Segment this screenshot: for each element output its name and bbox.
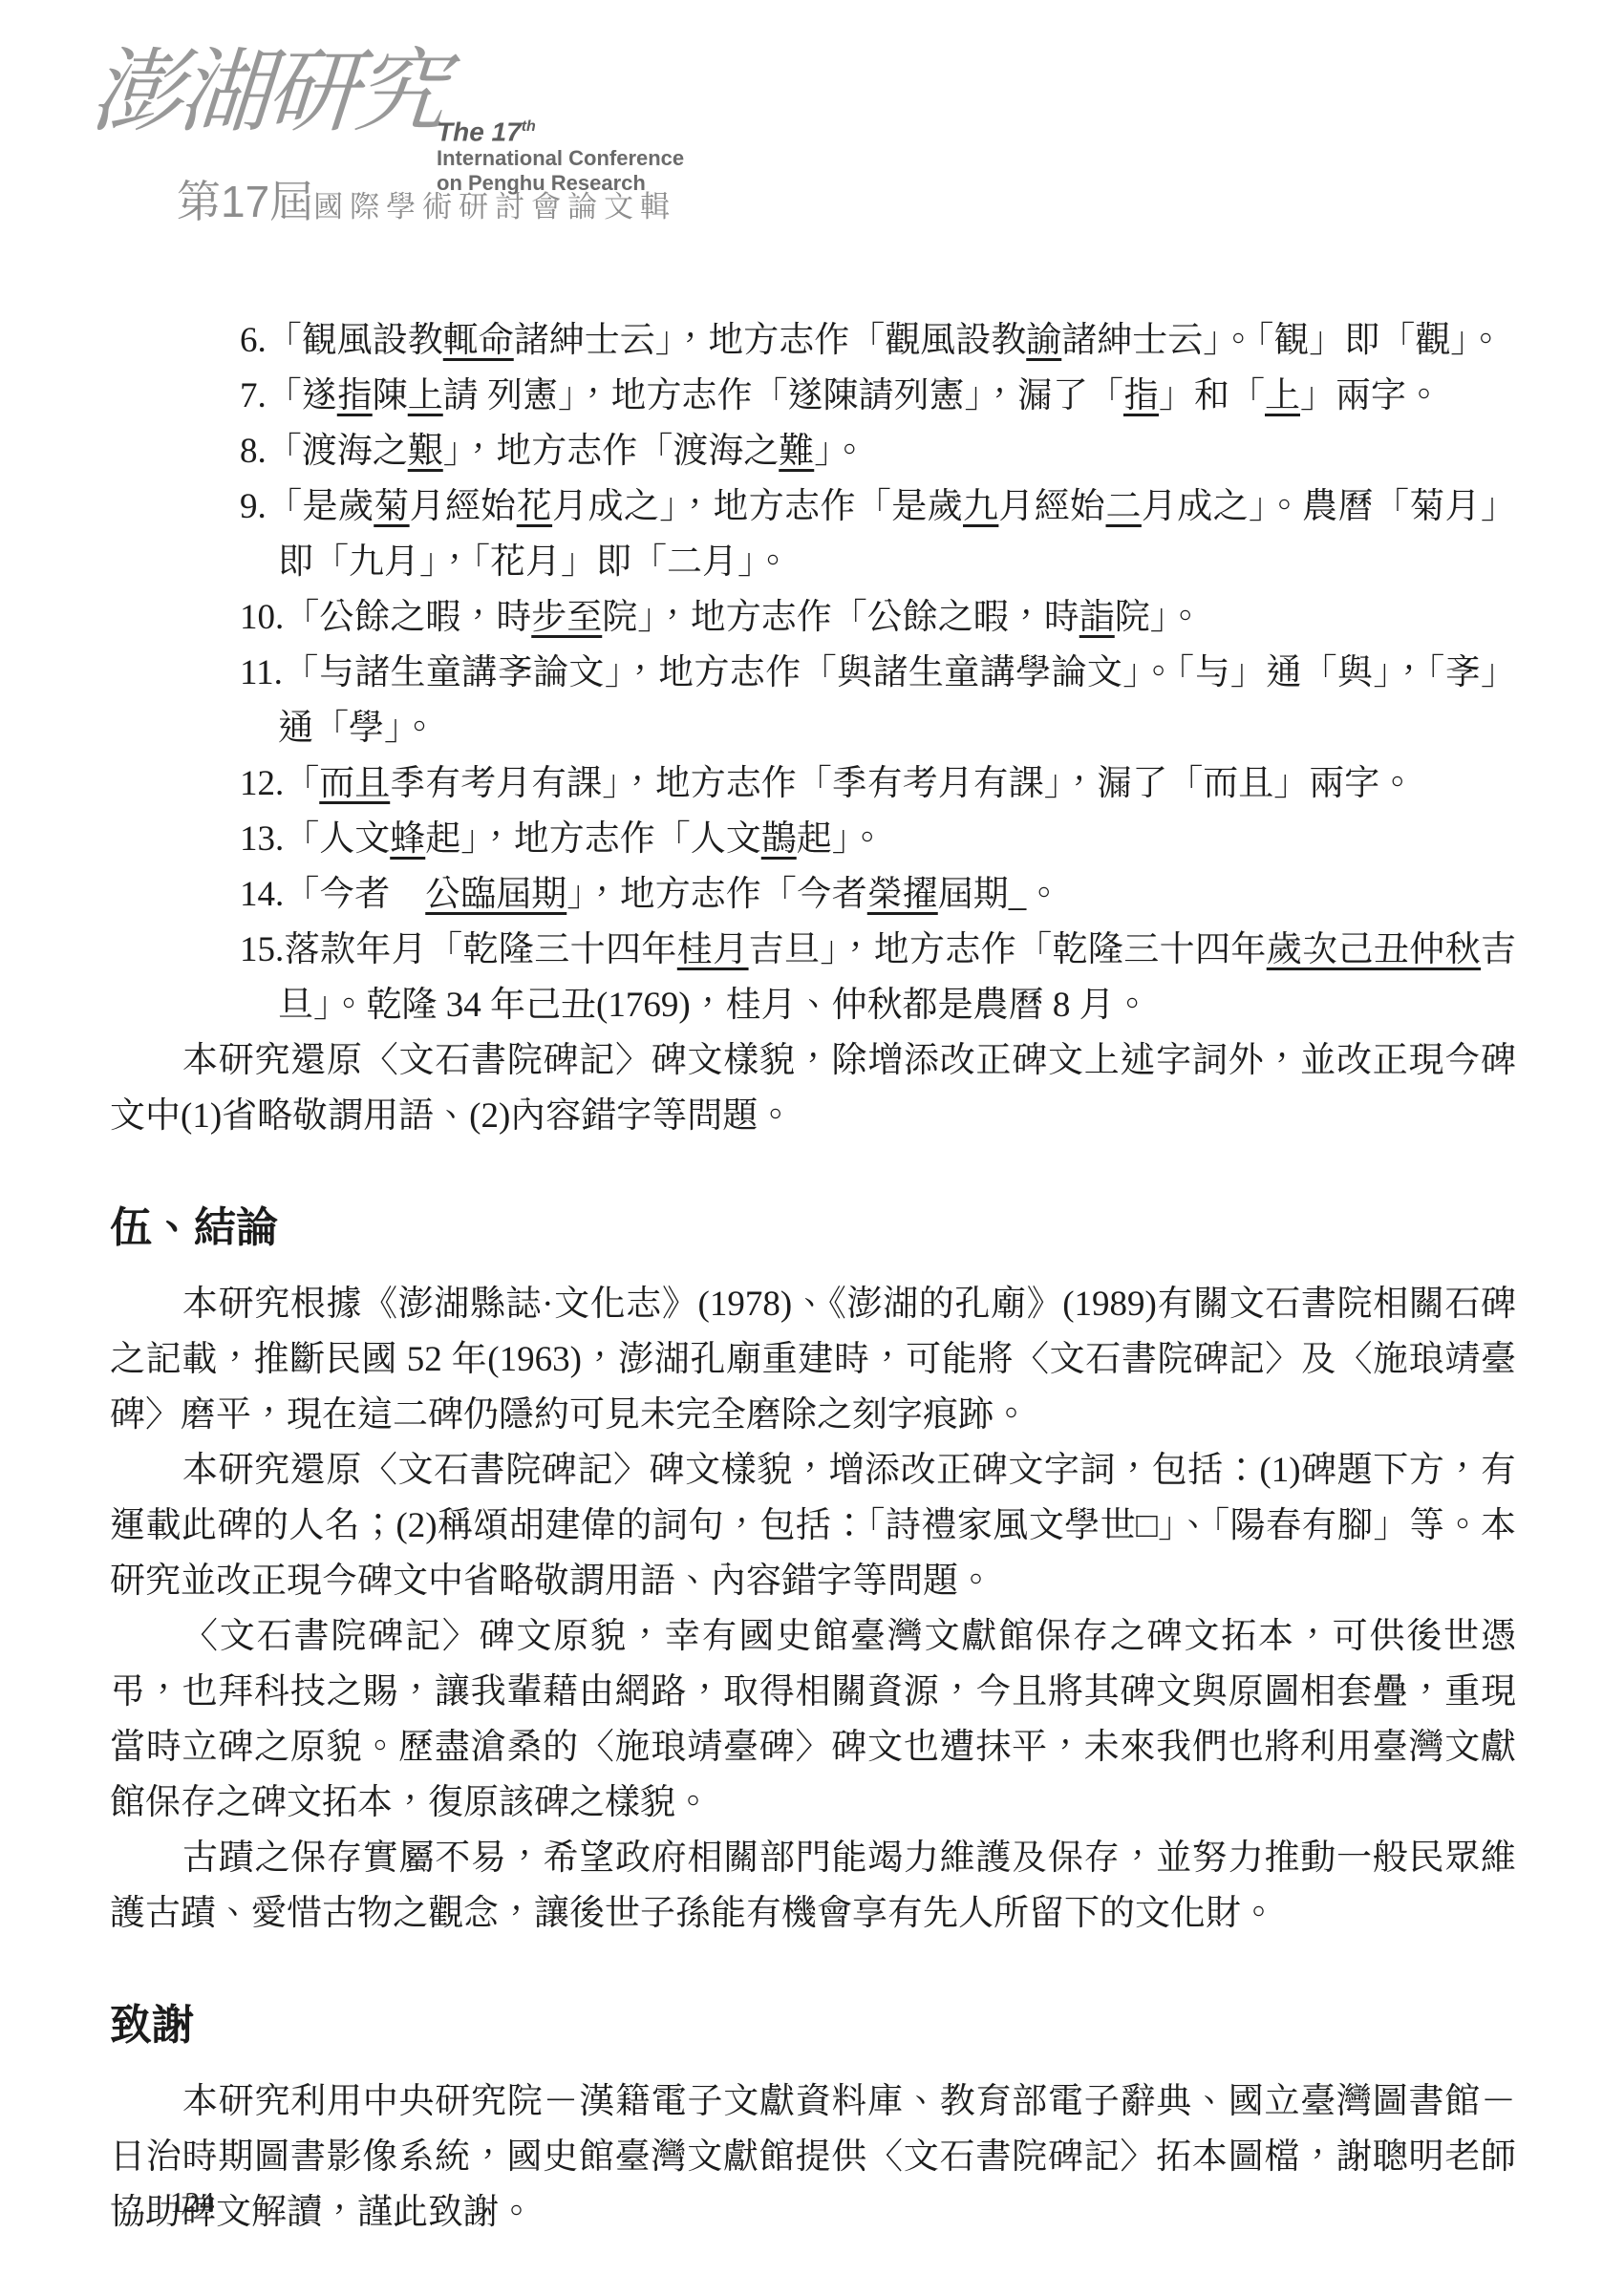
underlined-text-run: 公臨屆期 [425,875,566,914]
text-run: 吉旦」，地方志作「乾隆三十四年 [749,930,1267,969]
underlined-text-run: 指 [1123,376,1159,415]
text-run: 起」。 [797,819,886,859]
paragraph: 本研究利用中央研究院－漢籍電子文獻資料庫、教育部電子辭典、國立臺灣圖書館－日治時… [110,2074,1516,2241]
text-run: 請 列憲」，地方志作「遂陳請列憲」，漏了「 [443,376,1123,415]
text-run: 月經始 [998,487,1105,526]
text-run: 諸紳士云」，地方志作「觀風設教 [514,321,1027,360]
text-run: 本研究還原〈文石書院碑記〉碑文樣貌，除增添改正碑文上述字詞外，並改正現今碑文中(… [110,1041,1516,1136]
underlined-text-run: 艱 [408,432,443,471]
text-run: 本研究還原〈文石書院碑記〉碑文樣貌，增添改正碑文字詞，包括：(1)碑題下方，有運… [110,1451,1516,1601]
underlined-text-run: 上 [408,376,443,415]
correction-list-item: 10.「公餘之暇，時步至院」，地方志作「公餘之暇，時詣院」。 [110,590,1516,646]
underlined-text-run: 菊 [374,487,409,526]
correction-list-item: 9.「是歲菊月經始花月成之」，地方志作「是歲九月經始二月成之」。農曆「菊月」即「… [110,479,1516,590]
text-run: 8.「渡海之 [240,432,408,471]
correction-list-item: 12.「而且季有考月有課」，地方志作「季有考月有課」，漏了「而且」兩字。 [110,756,1516,812]
text-run: 14.「今者 [240,875,425,914]
underlined-text-run: 而且 [319,764,390,803]
text-run: 本研究根據《澎湖縣誌·文化志》(1978)、《澎湖的孔廟》(1989)有關文石書… [110,1285,1516,1435]
underlined-text-run: 諭 [1026,321,1061,360]
text-run: 」。 [814,432,867,471]
text-run: 10.「公餘之暇，時 [240,598,531,637]
acknowledgments-paragraphs: 本研究利用中央研究院－漢籍電子文獻資料庫、教育部電子辭典、國立臺灣圖書館－日治時… [110,2074,1516,2241]
text-run: 屆期 [938,875,1009,914]
underlined-text-run: 二 [1106,487,1142,526]
conclusion-paragraphs: 本研究根據《澎湖縣誌·文化志》(1978)、《澎湖的孔廟》(1989)有關文石書… [110,1277,1516,1942]
correction-list-item: 13.「人文蜂起」，地方志作「人文鵲起」。 [110,812,1516,867]
logo-chinese-subtitle: 第17屆 國際學術研討會論文輯 [177,180,676,223]
page-content: 6.「観風設教輒命諸紳士云」，地方志作「觀風設教諭諸紳士云」。「観」即「觀」。7… [110,313,1516,2241]
underlined-text-run: 詣 [1079,598,1115,637]
text-run: 9.「是歲 [240,487,374,526]
page-number: 124 [170,2185,215,2220]
text-run: 6.「観風設教 [240,321,443,360]
section-conclusion: 伍、結論 本研究根據《澎湖縣誌·文化志》(1978)、《澎湖的孔廟》(1989)… [110,1203,1516,1942]
text-run: 13.「人文 [240,819,390,859]
underlined-text-run: 步至 [531,598,602,637]
underlined-text-run: 指 [337,376,373,415]
text-run: 」兩字。 [1300,376,1442,415]
underlined-text-run: 蜂 [390,819,425,859]
text-run: 〈文石書院碑記〉碑文原貌，幸有國史館臺灣文獻館保存之碑文拓本，可供後世憑弔，也拜… [110,1617,1516,1822]
paragraph: 本研究根據《澎湖縣誌·文化志》(1978)、《澎湖的孔廟》(1989)有關文石書… [110,1277,1516,1443]
underlined-text-run: 鵲 [761,819,797,859]
text-run: _。 [1009,875,1062,914]
correction-list: 6.「観風設教輒命諸紳士云」，地方志作「觀風設教諭諸紳士云」。「観」即「觀」。7… [110,313,1516,1033]
text-run: 院」，地方志作「公餘之暇，時 [602,598,1079,637]
conclusion-heading: 伍、結論 [110,1203,1516,1254]
list-closing-paragraph: 本研究還原〈文石書院碑記〉碑文樣貌，除增添改正碑文上述字詞外，並改正現今碑文中(… [110,1033,1516,1144]
correction-list-item: 7.「遂指陳上請 列憲」，地方志作「遂陳請列憲」，漏了「指」和「上」兩字。 [110,369,1516,424]
text-run: 月經始 [410,487,517,526]
text-run: 諸紳士云」。「観」即「觀」。 [1061,321,1504,360]
text-run: 11.「与諸生童講斈論文」，地方志作「與諸生童講學論文」。「与」通「與」，「斈」… [240,653,1516,748]
correction-list-item: 8.「渡海之艱」，地方志作「渡海之難」。 [110,424,1516,479]
underlined-text-run: 桂月 [677,930,749,969]
text-run: 」，地方志作「渡海之 [443,432,780,471]
logo-english-ordinal-sup: th [522,118,536,135]
logo-english-title: The 17th [437,113,684,146]
text-run: 古蹟之保存實屬不易，希望政府相關部門能竭力維護及保存，並努力推動一般民眾維護古蹟… [110,1839,1516,1933]
logo-english-line2: International Conference [437,146,684,171]
paper-page: 澎湖研究 The 17th International Conference o… [0,0,1624,2296]
correction-list-item: 6.「観風設教輒命諸紳士云」，地方志作「觀風設教諭諸紳士云」。「観」即「觀」。 [110,313,1516,369]
correction-list-item: 11.「与諸生童講斈論文」，地方志作「與諸生童講學論文」。「与」通「與」，「斈」… [110,646,1516,756]
text-run: 15.落款年月「乾隆三十四年 [240,930,677,969]
text-run: 12.「 [240,764,319,803]
paragraph: 古蹟之保存實屬不易，希望政府相關部門能竭力維護及保存，並努力推動一般民眾維護古蹟… [110,1831,1516,1942]
text-run: 陳 [373,376,408,415]
paragraph: 本研究還原〈文石書院碑記〉碑文樣貌，增添改正碑文字詞，包括：(1)碑題下方，有運… [110,1443,1516,1609]
paragraph: 〈文石書院碑記〉碑文原貌，幸有國史館臺灣文獻館保存之碑文拓本，可供後世憑弔，也拜… [110,1609,1516,1831]
text-run: 」和「 [1159,376,1265,415]
text-run: 7.「遂 [240,376,337,415]
correction-list-item: 14.「今者 公臨屆期」，地方志作「今者榮擢屆期_。 [110,867,1516,923]
text-run: 起」，地方志作「人文 [425,819,761,859]
logo-chinese-proceedings: 國際學術研討會論文輯 [313,192,676,222]
underlined-text-run: 花 [517,487,552,526]
section-acknowledgments: 致謝 本研究利用中央研究院－漢籍電子文獻資料庫、教育部電子辭典、國立臺灣圖書館－… [110,2001,1516,2241]
text-run: 本研究利用中央研究院－漢籍電子文獻資料庫、教育部電子辭典、國立臺灣圖書館－日治時… [110,2082,1516,2232]
conference-logo: 澎湖研究 The 17th International Conference o… [81,38,941,277]
text-run: 」，地方志作「今者 [566,875,867,914]
text-run: 月成之」，地方志作「是歲 [552,487,963,526]
paragraph: 本研究還原〈文石書院碑記〉碑文樣貌，除增添改正碑文上述字詞外，並改正現今碑文中(… [110,1033,1516,1144]
logo-calligraphy-penghu-research: 澎湖研究 [88,46,446,138]
underlined-text-run: 榮擢 [867,875,938,914]
correction-list-item: 15.落款年月「乾隆三十四年桂月吉旦」，地方志作「乾隆三十四年歲次己丑仲秋吉旦」… [110,923,1516,1033]
acknowledgments-heading: 致謝 [110,2001,1516,2052]
underlined-text-run: 輒命 [443,321,514,360]
text-run: 院」。 [1115,598,1204,637]
underlined-text-run: 九 [963,487,998,526]
logo-chinese-session: 第17屆 [177,180,313,223]
underlined-text-run: 難 [779,432,814,471]
underlined-text-run: 上 [1265,376,1300,415]
text-run: 季有考月有課」，地方志作「季有考月有課」，漏了「而且」兩字。 [390,764,1415,803]
underlined-text-run: 歲次己丑仲秋 [1267,930,1481,969]
